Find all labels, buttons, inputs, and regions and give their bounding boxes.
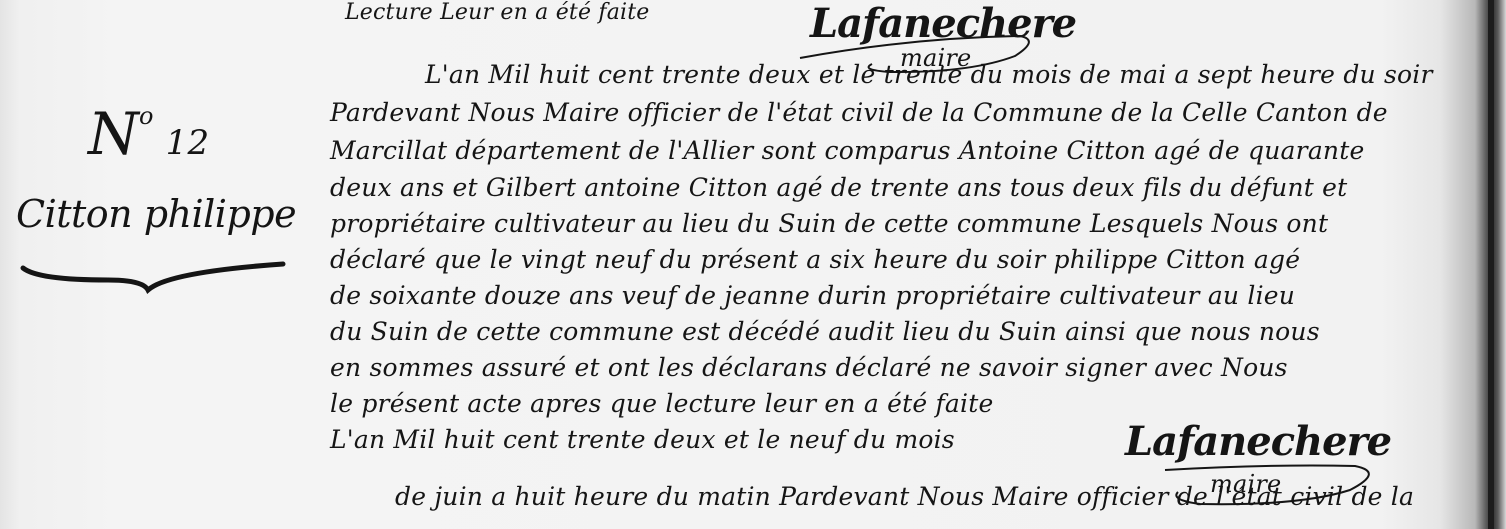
text-line-11: L'an Mil huit cent trente deux et le neu… — [330, 425, 955, 454]
underline-flourish-icon — [18, 258, 288, 298]
mayor-signature-bottom: Lafanechere — [1125, 418, 1391, 465]
record-number: 12 — [166, 123, 210, 163]
subject-name-margin: Citton philippe — [16, 192, 296, 236]
text-line-4: deux ans et Gilbert antoine Citton agé d… — [330, 173, 1347, 202]
record-label-no: N — [88, 100, 139, 168]
register-page: Lecture Leur en a été faite Lafanechere … — [0, 0, 1506, 529]
text-line-6: déclaré que le vingt neuf du présent a s… — [330, 245, 1300, 274]
text-line-8: du Suin de cette commune est décédé audi… — [330, 317, 1320, 346]
record-label-sup: o — [139, 102, 154, 130]
text-line-10: le présent acte apres que lecture leur e… — [330, 389, 993, 418]
text-line-9: en sommes assuré et ont les déclarans dé… — [330, 353, 1288, 382]
text-line-1: L'an Mil huit cent trente deux et le tre… — [425, 60, 1433, 89]
binding-edge — [1488, 0, 1494, 529]
record-number-label: No12 — [88, 100, 209, 168]
text-line-5: propriétaire cultivateur au lieu du Suin… — [330, 209, 1328, 238]
text-line-2: Pardevant Nous Maire officier de l'état … — [330, 98, 1388, 127]
text-line-12: de juin a huit heure du matin Pardevant … — [395, 482, 1414, 511]
text-line-previous-closing: Lecture Leur en a été faite — [345, 0, 650, 25]
text-line-3: Marcillat département de l'Allier sont c… — [330, 136, 1364, 165]
text-line-7: de soixante douze ans veuf de jeanne dur… — [330, 281, 1295, 310]
